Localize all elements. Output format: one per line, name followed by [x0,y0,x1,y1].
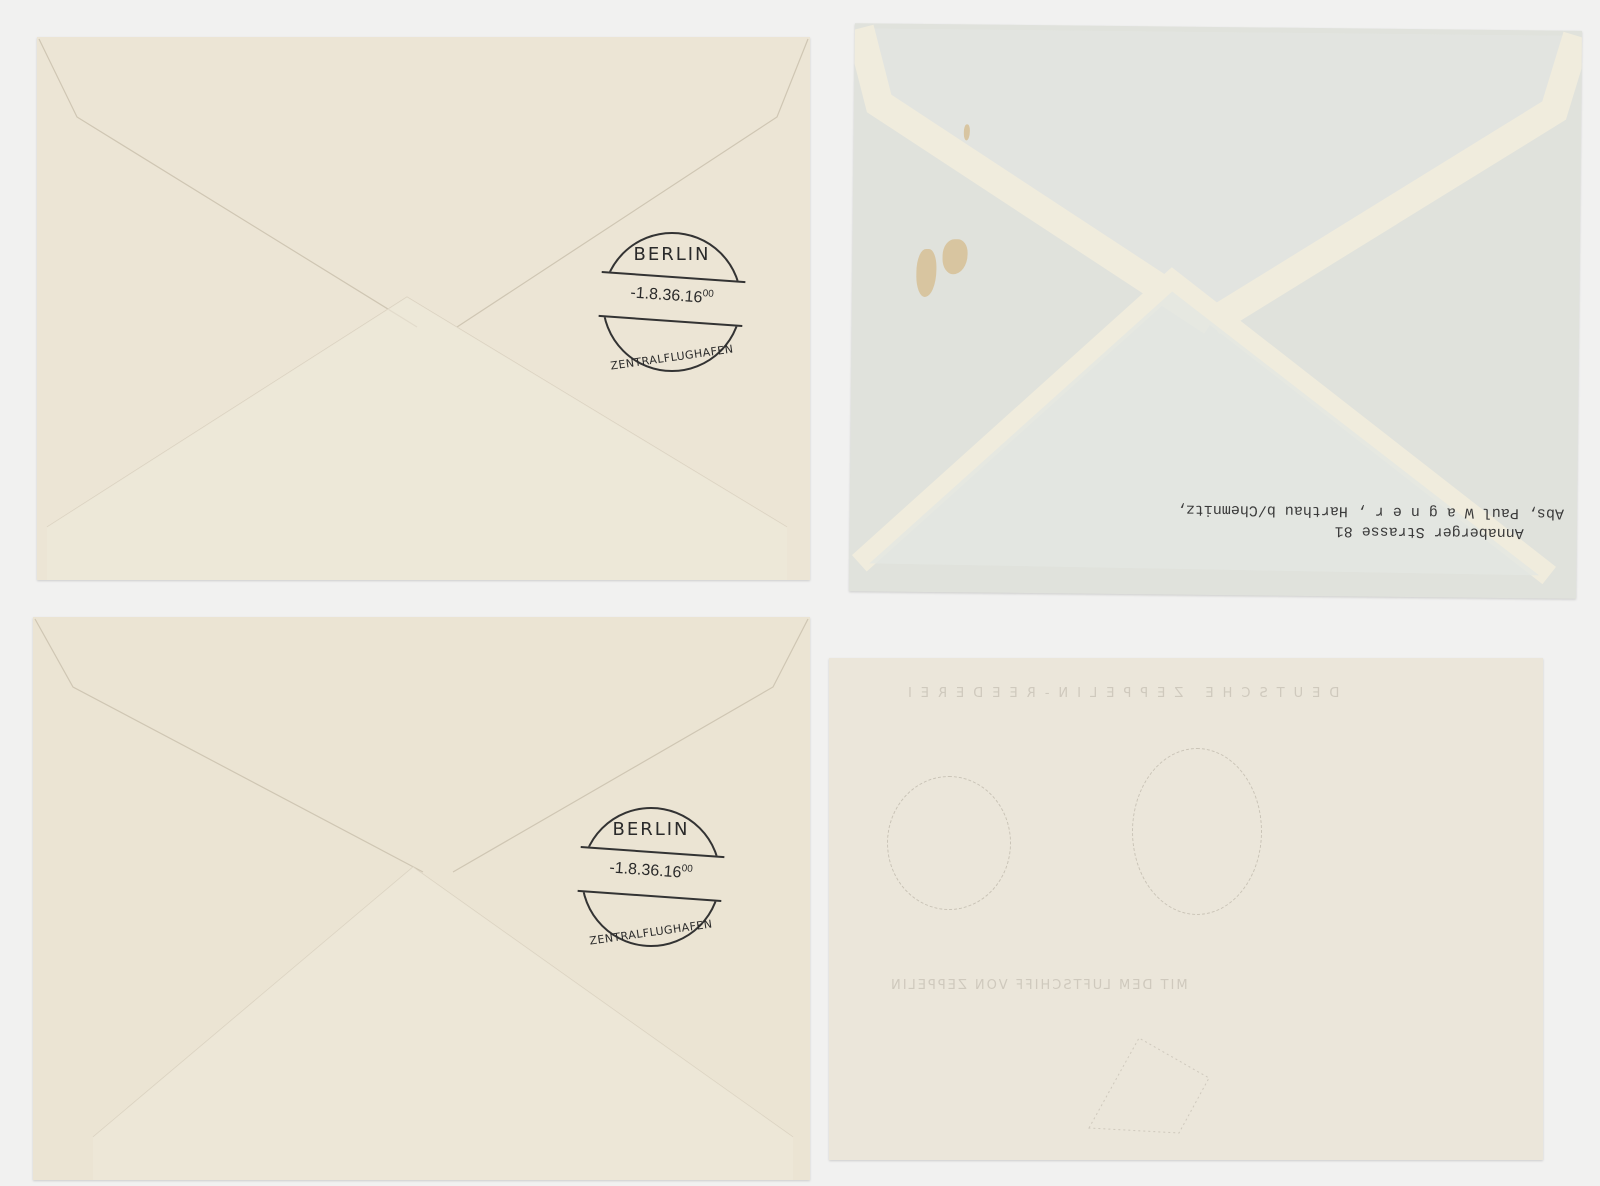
card-bottom-right: DEUTSCHE ZEPPELIN-REEDEREI MIT DEM LUFTS… [829,658,1543,1160]
berlin-postmark: BERLIN -1.8.36.1600 ZENTRALFLUGHAFEN [581,807,721,947]
show-through-postmark-right [1132,748,1262,915]
postmark-time: 00 [702,288,714,300]
postmark-city: BERLIN [583,819,719,840]
envelope-bottom-left: BERLIN -1.8.36.1600 ZENTRALFLUGHAFEN [33,617,810,1180]
show-through-text: MIT DEM LUFTSCHIFF VON ZEPPELIN [889,978,1188,993]
show-through-zeppelin-icon [1079,1028,1219,1138]
postmark-date: -1.8.36.16 [609,859,682,881]
show-through-header: DEUTSCHE ZEPPELIN-REEDEREI [899,686,1339,701]
envelope-top-left: BERLIN -1.8.36.1600 ZENTRALFLUGHAFEN [37,37,810,580]
sender-address: Annaberger Strasse 81 Abs, Paul W a g n … [914,496,1564,543]
postmark-time: 00 [681,863,693,875]
postmark-city: BERLIN [604,244,740,265]
postmark-date: -1.8.36.16 [630,284,703,306]
show-through-postmark-left [887,776,1011,910]
berlin-postmark: BERLIN -1.8.36.1600 ZENTRALFLUGHAFEN [602,232,742,372]
envelope-top-right: Annaberger Strasse 81 Abs, Paul W a g n … [849,23,1582,599]
